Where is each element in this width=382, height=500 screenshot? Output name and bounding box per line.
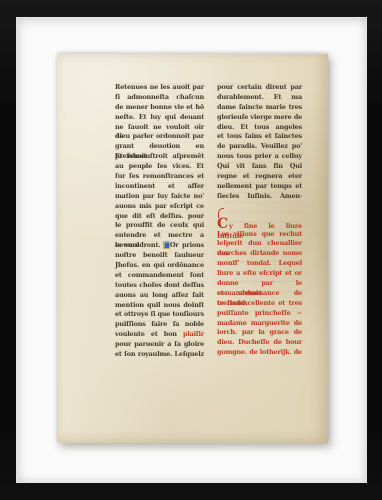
text-segment: liure a eſte eſcript et or [217, 269, 302, 277]
manuscript-text-line: que dit eſt deſſus. pour [115, 212, 204, 222]
manuscript-text-line: entendre et mectre a oeuure [115, 231, 204, 241]
blue-illuminated-initial [164, 242, 169, 248]
text-segment: ſi admonneſta chaſcun [115, 93, 204, 101]
text-segment: voulente et bon [115, 330, 183, 338]
text-segment: glorieuſe vierge mere de [217, 113, 302, 121]
manuscript-text-line: dieu. Ducheſſe de bour [217, 338, 302, 348]
text-segment: et ſon royaulme. Leſquelz [115, 350, 204, 358]
manuscript-text-line: de mener bonne vie et hō [115, 103, 204, 113]
right-text-column: pour certain dirent pardurablement. Et m… [217, 83, 302, 358]
manuscript-text-line: puiſſante princheſſe ~ [217, 309, 302, 319]
picture-frame: Retenues ne les auoit parſi admonneſta c… [0, 0, 382, 500]
manuscript-text-line: dieu. Et tous angeles [217, 123, 302, 133]
manuscript-text-line: monſſ' tondal. Lequel [217, 259, 302, 269]
manuscript-text-line: toutes choſes dont deſſus [115, 281, 204, 291]
manuscript-text-line: ſi admonneſta chaſcun [115, 93, 204, 103]
text-segment: auons au long aſſez fait [115, 291, 204, 299]
manuscript-text-line: dame ſaincte marie tres [217, 103, 302, 113]
text-segment: et ottroye ſi que touſiours [115, 310, 204, 318]
manuscript-text-line: Retenues ne les auoit par [115, 83, 204, 93]
manuscript-text-line: leſperit dun cheuallier des [217, 239, 302, 249]
text-segment: et tous ſains et ſainctes [217, 132, 302, 140]
manuscript-text-line: iorch. par la grace de [217, 328, 302, 338]
manuscript-text-line: nous tous prier a celluy [217, 152, 302, 162]
text-segment: gomgne. de lotherijk. de [217, 348, 302, 356]
text-segment: mention quil nous doinſt [115, 301, 204, 309]
text-segment: pour paruenir a ſa gloire [115, 340, 204, 348]
manuscript-text-line: et ſon royaulme. Leſquelz [115, 350, 204, 360]
red-flourished-initial: C [217, 216, 228, 232]
text-segment: ſiecles Infinis. Amen· [217, 192, 302, 200]
manuscript-text-line: regne et regnera eter [217, 172, 302, 182]
text-segment: le prouffit de ceulx qui [115, 221, 204, 229]
manuscript-text-line: donne par le comandemēt [217, 279, 302, 289]
manuscript-text-line: marches dirlande nome [217, 249, 302, 259]
text-segment: te treſexcellente et tres [217, 299, 302, 307]
manuscript-text-line: et ottroye ſi que touſiours [115, 310, 204, 320]
manuscript-text-line: gomgne. de lotherijk. de [217, 348, 302, 358]
text-segment: monſſ' tondal. Lequel [217, 259, 302, 267]
text-segment: que dit eſt deſſus. pour [115, 212, 204, 220]
manuscript-text-line: ſiecles Infinis. Amen· [217, 192, 302, 202]
manuscript-text-line: durablement. Et ma [217, 93, 302, 103]
text-segment: toutes choſes dont deſſus [115, 281, 204, 289]
text-segment: marches dirlande nome [217, 249, 302, 257]
text-segment: et commandement ſont [115, 271, 204, 279]
manuscript-text-line: voulente et bon plaiſir [115, 330, 204, 340]
text-segment: Retenues ne les auoit par [115, 83, 204, 91]
text-segment: le vouldront. [115, 241, 164, 249]
text-segment: puiſſante princheſſe ~ [217, 309, 302, 317]
manuscript-page: Retenues ne les auoit parſi admonneſta c… [57, 54, 328, 443]
manuscript-text-line: et commandement ſont [115, 271, 204, 281]
manuscript-text-line: Les viſions que rechut [217, 230, 302, 240]
manuscript-text-line: incontinent et affer [115, 182, 204, 192]
manuscript-text-line: noſtre benoiſt ſaulueur [115, 251, 204, 261]
manuscript-text-line: auons au long aſſez fait [115, 291, 204, 301]
text-segment: durablement. Et ma [217, 93, 302, 101]
text-segment: incontinent et affer [115, 182, 204, 190]
left-text-column: Retenues ne les auoit parſi admonneſta c… [115, 83, 204, 360]
text-segment: Or prions [170, 241, 204, 249]
manuscript-text-line: neſte. Et luy qui deuant [115, 113, 204, 123]
text-segment: dieu. Ducheſſe de bour [217, 338, 302, 346]
manuscript-text-line: au peuple ſes vices. Et [115, 162, 204, 172]
right-red-colophon-section: Cy fine le liure IntituleLes viſions que… [217, 220, 302, 358]
text-segment: iorch. par la grace de [217, 328, 302, 336]
manuscript-text-line: mention quil nous doinſt [115, 301, 204, 311]
manuscript-text-line: Et remonſtroit aſpremēt [115, 152, 204, 162]
manuscript-text-line: mation par luy faicte no' [115, 192, 204, 202]
text-segment: dieu parler ordonnoit par [115, 132, 204, 140]
manuscript-text-line: Qui vit ſans fin Qui [217, 162, 302, 172]
text-segment: ſur ſes remonſtrances et [115, 172, 204, 180]
manuscript-text-line: glorieuſe vierge mere de [217, 113, 302, 123]
manuscript-text-line: Cy fine le liure Intitule [217, 220, 302, 230]
manuscript-text-line: le prouffit de ceulx qui [115, 221, 204, 231]
text-segment: Jheſus. en qui ordōnance [115, 261, 204, 269]
text-segment: regne et regnera eter [217, 172, 302, 180]
manuscript-text-line: puiſſions faire ſa noble [115, 320, 204, 330]
manuscript-text-line: ſur ſes remonſtrances et [115, 172, 204, 182]
text-segment: mation par luy faicte no' [115, 192, 204, 200]
text-segment: Les viſions que rechut [217, 230, 302, 238]
text-segment: noſtre benoiſt ſaulueur [115, 251, 204, 259]
text-segment: au peuple ſes vices. Et [115, 162, 204, 170]
text-segment: Et remonſtroit aſpremēt [115, 152, 204, 160]
manuscript-text-line: dieu parler ordonnoit par [115, 132, 204, 142]
text-segment: de mener bonne vie et hō [115, 103, 204, 111]
text-segment: puiſſions faire ſa noble [115, 320, 204, 328]
manuscript-text-line: le vouldront. Or prions [115, 241, 204, 251]
text-segment: dame ſaincte marie tres [217, 103, 302, 111]
manuscript-text-line: Jheſus. en qui ordōnance [115, 261, 204, 271]
text-segment: pour certain dirent par [217, 83, 302, 91]
manuscript-text-line: madame marguerite de [217, 319, 302, 329]
text-segment: de paradis. Veuillez po' [217, 142, 302, 150]
text-segment: nellement par temps et [217, 182, 302, 190]
text-segment: dieu. Et tous angeles [217, 123, 302, 131]
manuscript-text-line: pour paruenir a ſa gloire [115, 340, 204, 350]
text-segment: neſte. Et luy qui deuant [115, 113, 204, 121]
manuscript-text-line: pour certain dirent par [217, 83, 302, 93]
manuscript-text-line: ne ſauoit ne vouloit oīr de [115, 123, 204, 133]
mat-board: Retenues ne les auoit parſi admonneſta c… [16, 17, 367, 483]
manuscript-text-line: liure a eſte eſcript et or [217, 269, 302, 279]
text-segment: Qui vit ſans fin Qui [217, 162, 302, 170]
text-segment: plaiſir [183, 330, 204, 338]
manuscript-text-line: te treſexcellente et tres [217, 299, 302, 309]
manuscript-text-line: et tous ſains et ſainctes [217, 132, 302, 142]
text-segment: nous tous prier a celluy [217, 152, 302, 160]
text-segment: auons mis par eſcript ce [115, 202, 204, 210]
manuscript-text-line: de paradis. Veuillez po' [217, 142, 302, 152]
manuscript-text-line: nellement par temps et [217, 182, 302, 192]
right-black-section: pour certain dirent pardurablement. Et m… [217, 83, 302, 202]
manuscript-text-line: auons mis par eſcript ce [115, 202, 204, 212]
manuscript-text-line: grant deuotion en preſchoit [115, 142, 204, 152]
manuscript-text-line: et ordonnance de treſhaul [217, 289, 302, 299]
text-segment: madame marguerite de [217, 319, 302, 327]
